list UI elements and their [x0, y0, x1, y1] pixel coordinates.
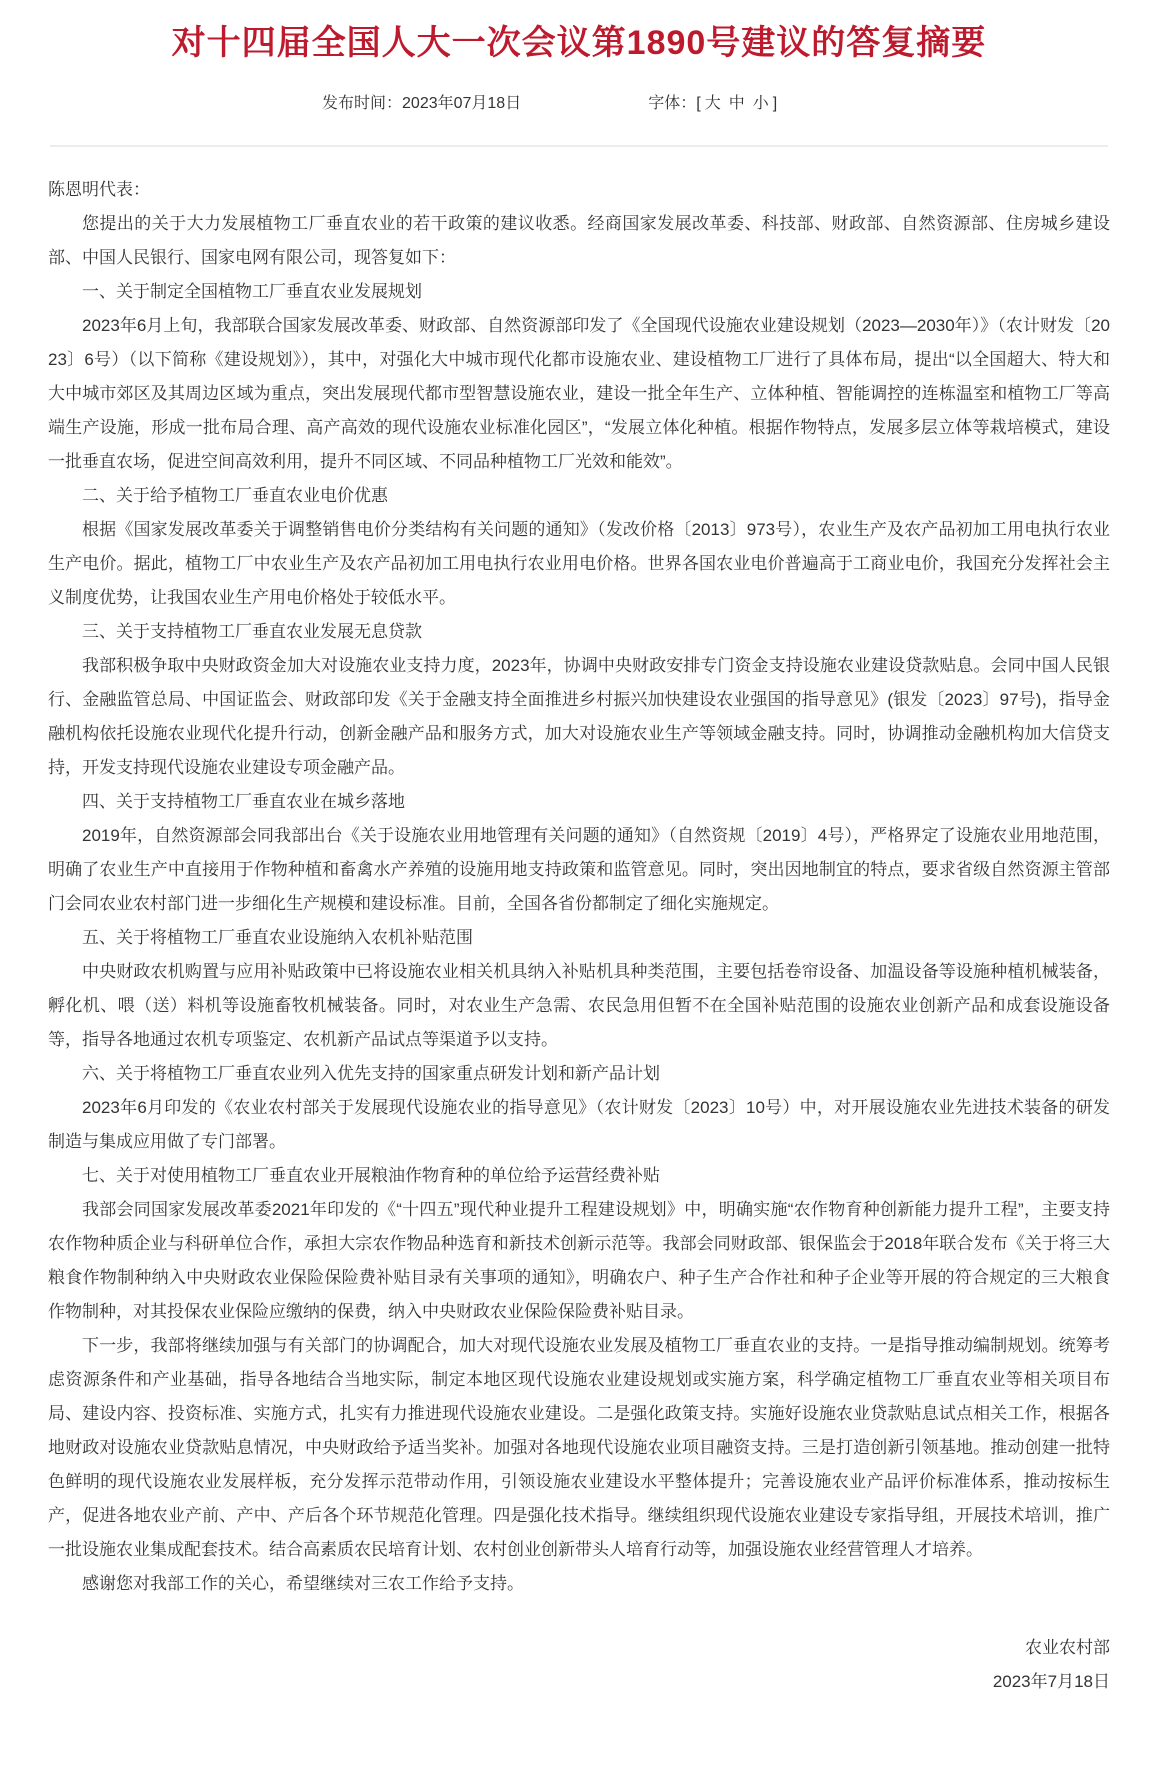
- paragraph: 根据《国家发展改革委关于调整销售电价分类结构有关问题的通知》（发改价格〔2013…: [48, 513, 1110, 615]
- font-size-control: 字体：[大中小]: [648, 90, 777, 113]
- paragraph: 我部积极争取中央财政资金加大对设施农业支持力度，2023年，协调中央财政安排专门…: [48, 649, 1110, 785]
- paragraph: 我部会同国家发展改革委2021年印发的《“十四五”现代种业提升工程建设规划》中，…: [48, 1193, 1110, 1329]
- section-heading: 一、关于制定全国植物工厂垂直农业发展规划: [48, 275, 1110, 309]
- section-heading: 五、关于将植物工厂垂直农业设施纳入农机补贴范围: [48, 921, 1110, 955]
- section-heading: 六、关于将植物工厂垂直农业列入优先支持的国家重点研发计划和新产品计划: [48, 1057, 1110, 1091]
- meta-bar: 发布时间：2023年07月18日 字体：[大中小]: [0, 90, 1158, 113]
- font-size-label: 字体：: [648, 95, 696, 112]
- paragraph: 感谢您对我部工作的关心，希望继续对三农工作给予支持。: [48, 1567, 1110, 1601]
- paragraph: 您提出的关于大力发展植物工厂垂直农业的若干政策的建议收悉。经商国家发展改革委、科…: [48, 207, 1110, 275]
- publish-time-label: 发布时间：: [322, 95, 402, 112]
- salutation: 陈恩明代表：: [48, 173, 1110, 207]
- publish-time: 发布时间：2023年07月18日: [322, 90, 521, 113]
- bracket-open: [: [696, 95, 700, 112]
- paragraph: 中央财政农机购置与应用补贴政策中已将设施农业相关机具纳入补贴机具种类范围，主要包…: [48, 955, 1110, 1057]
- paragraph: 2023年6月印发的《农业农村部关于发展现代设施农业的指导意见》（农计财发〔20…: [48, 1091, 1110, 1159]
- signature-org: 农业农村部: [48, 1631, 1110, 1665]
- paragraph: 2019年，自然资源部会同我部出台《关于设施农业用地管理有关问题的通知》（自然资…: [48, 819, 1110, 921]
- font-size-large[interactable]: 大: [705, 95, 721, 112]
- paragraph: 下一步，我部将继续加强与有关部门的协调配合，加大对现代设施农业发展及植物工厂垂直…: [48, 1329, 1110, 1567]
- font-size-small[interactable]: 小: [753, 95, 769, 112]
- page-title: 对十四届全国人大一次会议第1890号建议的答复摘要: [60, 22, 1098, 64]
- section-heading: 三、关于支持植物工厂垂直农业发展无息贷款: [48, 615, 1110, 649]
- document-body: 陈恩明代表：您提出的关于大力发展植物工厂垂直农业的若干政策的建议收悉。经商国家发…: [48, 173, 1110, 1601]
- divider: [50, 145, 1108, 147]
- section-heading: 二、关于给予植物工厂垂直农业电价优惠: [48, 479, 1110, 513]
- publish-time-value: 2023年07月18日: [402, 95, 521, 112]
- page: 对十四届全国人大一次会议第1890号建议的答复摘要 发布时间：2023年07月1…: [0, 22, 1158, 1792]
- font-size-medium[interactable]: 中: [729, 95, 745, 112]
- section-heading: 七、关于对使用植物工厂垂直农业开展粮油作物育种的单位给予运营经费补贴: [48, 1159, 1110, 1193]
- signature-block: 农业农村部 2023年7月18日: [48, 1631, 1110, 1699]
- section-heading: 四、关于支持植物工厂垂直农业在城乡落地: [48, 785, 1110, 819]
- paragraph: 2023年6月上旬，我部联合国家发展改革委、财政部、自然资源部印发了《全国现代设…: [48, 309, 1110, 479]
- bracket-close: ]: [773, 95, 777, 112]
- signature-date: 2023年7月18日: [48, 1665, 1110, 1699]
